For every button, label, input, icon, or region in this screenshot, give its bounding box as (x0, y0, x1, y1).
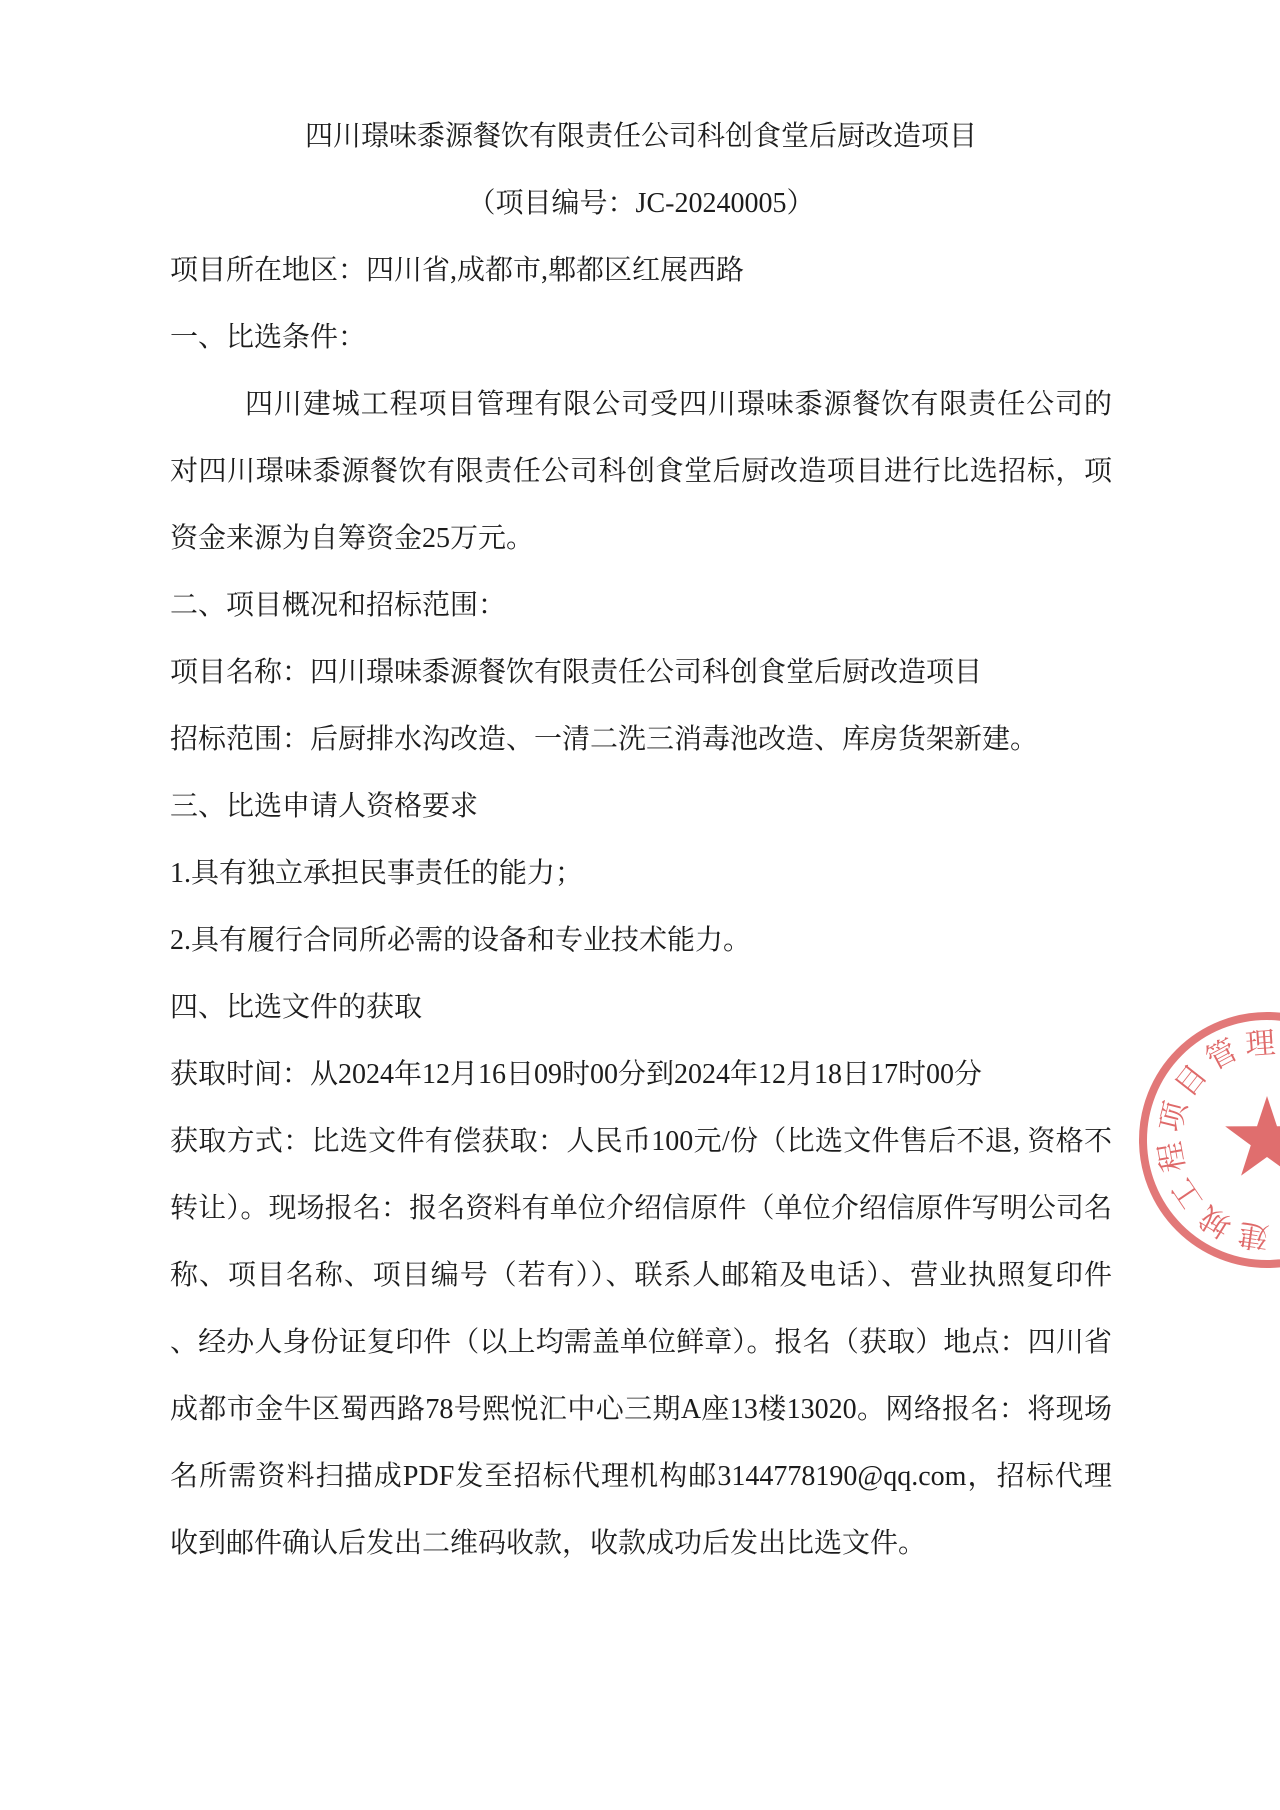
document-line: 、经办人身份证复印件（以上均需盖单位鲜章）。报名（获取）地点：四川省 (170, 1309, 1112, 1376)
document-line: 二、项目概况和招标范围： (170, 572, 1112, 639)
document-line: 名所需资料扫描成PDF发至招标代理机构邮3144778190@qq.com，招标… (170, 1443, 1112, 1510)
document-line: 四川建城工程项目管理有限公司受四川璟味黍源餐饮有限责任公司的委托， (170, 371, 1112, 438)
stamp-character: 城 (1195, 1199, 1238, 1243)
document-line: 资金来源为自筹资金25万元。 (170, 505, 1112, 572)
project-number: （项目编号：JC-20240005） (170, 170, 1112, 237)
document-line: 一、比选条件： (170, 304, 1112, 371)
stamp-ring (1143, 1016, 1280, 1264)
document-line: 项目所在地区：四川省,成都市,郫都区红展西路 (170, 237, 1112, 304)
document-line: 成都市金牛区蜀西路78号熙悦汇中心三期A座13楼13020。网络报名：将现场报 (170, 1376, 1112, 1443)
document-line: 2.具有履行合同所必需的设备和专业技术能力。 (170, 907, 1112, 974)
star-icon (1225, 1096, 1280, 1176)
document-line: 称、项目名称、项目编号（若有））、联系人邮箱及电话）、营业执照复印件 (170, 1242, 1112, 1309)
document-content: 四川璟味黍源餐饮有限责任公司科创食堂后厨改造项目 （项目编号：JC-202400… (170, 103, 1112, 1577)
stamp-character: 工 (1165, 1172, 1209, 1215)
company-stamp: 四川建城工程项目管理有限公司 (1127, 1000, 1280, 1280)
document-title: 四川璟味黍源餐饮有限责任公司科创食堂后厨改造项目 (170, 103, 1112, 170)
document-line: 对四川璟味黍源餐饮有限责任公司科创食堂后厨改造项目进行比选招标，项目 (170, 438, 1112, 505)
stamp-seal-graphic: 四川建城工程项目管理有限公司 (1127, 1000, 1280, 1280)
document-line: 三、比选申请人资格要求 (170, 773, 1112, 840)
document-body: 项目所在地区：四川省,成都市,郫都区红展西路一、比选条件：四川建城工程项目管理有… (170, 237, 1112, 1577)
document-line: 项目名称：四川璟味黍源餐饮有限责任公司科创食堂后厨改造项目 (170, 639, 1112, 706)
stamp-character: 管 (1201, 1034, 1243, 1077)
stamp-character: 目 (1169, 1059, 1213, 1103)
document-line: 获取时间：从2024年12月16日09时00分到2024年12月18日17时00… (170, 1041, 1112, 1108)
stamp-character: 理 (1244, 1027, 1276, 1062)
stamp-character: 建 (1236, 1217, 1270, 1254)
document-page: 四川璟味黍源餐饮有限责任公司科创食堂后厨改造项目 （项目编号：JC-202400… (0, 0, 1280, 1810)
document-line: 收到邮件确认后发出二维码收款，收款成功后发出比选文件。 (170, 1510, 1112, 1577)
stamp-character: 项 (1154, 1097, 1194, 1135)
stamp-character: 程 (1154, 1139, 1192, 1174)
document-line: 四、比选文件的获取 (170, 974, 1112, 1041)
document-line: 获取方式：比选文件有偿获取：人民币100元/份（比选文件售后不退, 资格不能 (170, 1108, 1112, 1175)
document-line: 1.具有独立承担民事责任的能力； (170, 840, 1112, 907)
document-line: 转让）。现场报名：报名资料有单位介绍信原件（单位介绍信原件写明公司名 (170, 1175, 1112, 1242)
document-line: 招标范围：后厨排水沟改造、一清二洗三消毒池改造、库房货架新建。 (170, 706, 1112, 773)
stamp-character: 川 (1275, 1212, 1280, 1252)
